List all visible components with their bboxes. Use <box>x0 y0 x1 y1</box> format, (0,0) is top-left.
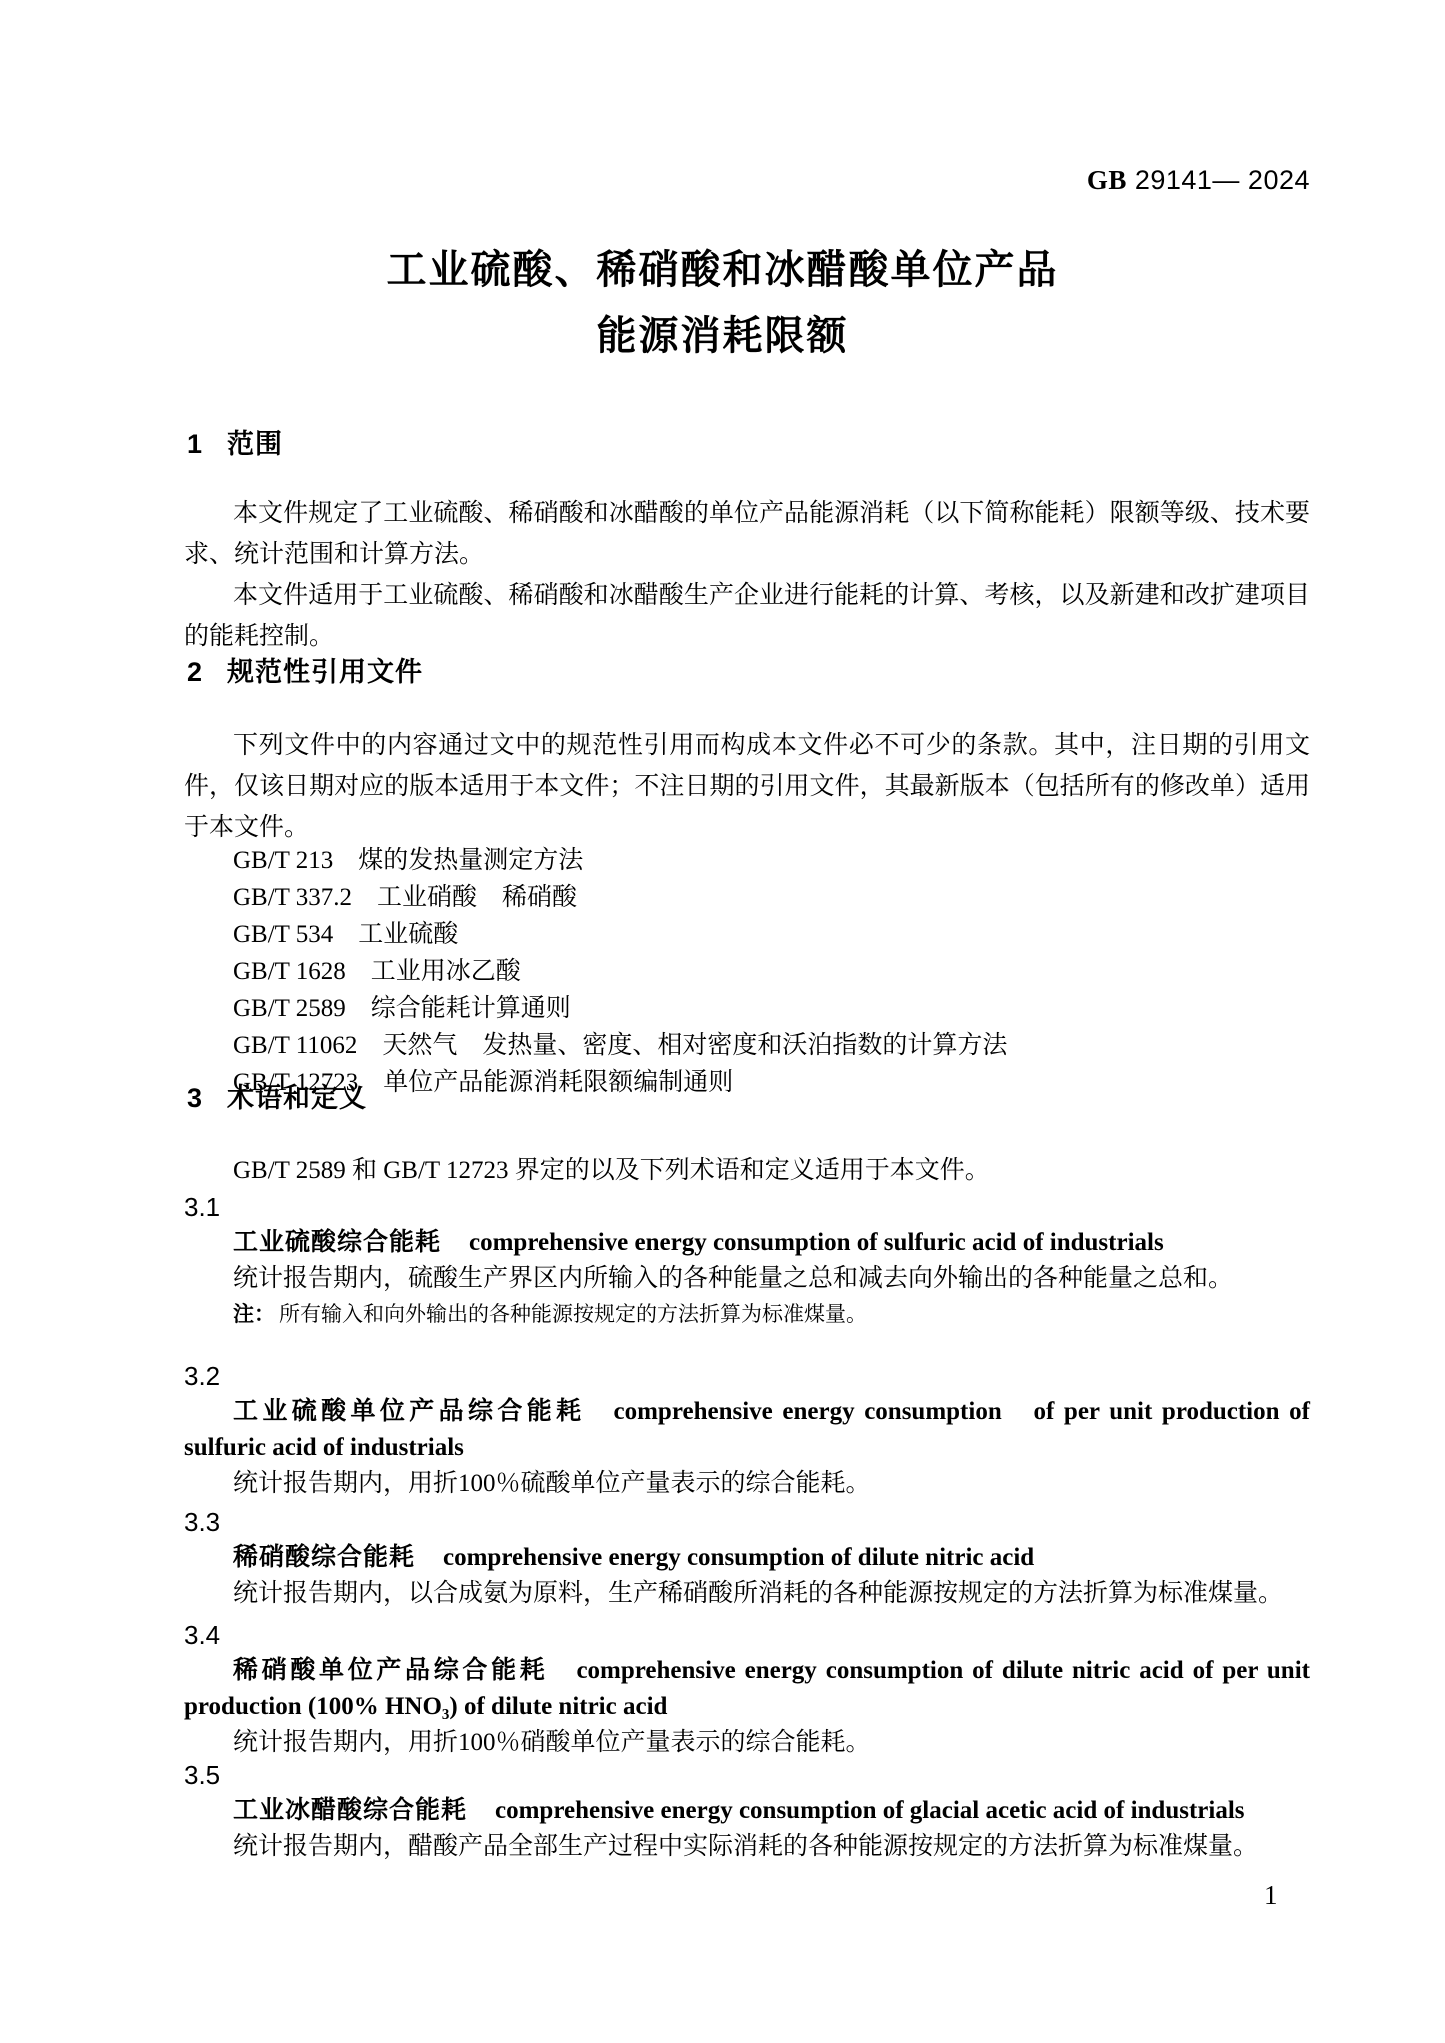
term-en: comprehensive energy consumption of glac… <box>495 1797 1245 1824</box>
term-number: 3.3 <box>184 1505 1310 1539</box>
reference-item: GB/T 1628 工业用冰乙酸 <box>233 953 1310 990</box>
term-heading: 工业硫酸单位产品综合能耗comprehensive energy consump… <box>184 1393 1310 1466</box>
reference-item: GB/T 11062 天然气 发热量、密度、相对密度和沃泊指数的计算方法 <box>233 1027 1310 1064</box>
term-definition: 统计报告期内，醋酸产品全部生产过程中实际消耗的各种能源按规定的方法折算为标准煤量… <box>184 1829 1310 1865</box>
section-3-number: 3 <box>187 1083 203 1113</box>
term-zh: 工业冰醋酸综合能耗 <box>233 1796 467 1824</box>
term-en: comprehensive energy consumption of dilu… <box>443 1544 1034 1571</box>
term-number: 3.1 <box>184 1190 1310 1224</box>
doc-code-number: 29141— 2024 <box>1135 165 1310 195</box>
term-definition: 统计报告期内，以合成氨为原料，生产稀硝酸所消耗的各种能源按规定的方法折算为标准煤… <box>184 1576 1310 1612</box>
page-number: 1 <box>1264 1880 1324 1910</box>
reference-item: GB/T 213 煤的发热量测定方法 <box>233 842 1310 879</box>
term-3-4: 3.4 稀硝酸单位产品综合能耗comprehensive energy cons… <box>184 1618 1310 1761</box>
term-definition: 统计报告期内，用折100％硫酸单位产量表示的综合能耗。 <box>184 1466 1310 1502</box>
term-zh: 工业硫酸单位产品综合能耗 <box>233 1397 586 1425</box>
reference-item: GB/T 534 工业硫酸 <box>233 916 1310 953</box>
document-title-line2: 能源消耗限额 <box>0 303 1445 369</box>
term-3-3: 3.3 稀硝酸综合能耗comprehensive energy consumpt… <box>184 1505 1310 1612</box>
section-2-title: 规范性引用文件 <box>227 657 423 687</box>
term-heading: 工业冰醋酸综合能耗comprehensive energy consumptio… <box>184 1792 1310 1829</box>
document-page: GB29141— 2024 工业硫酸、稀硝酸和冰醋酸单位产品 能源消耗限额 1范… <box>0 0 1445 2043</box>
section-3-heading: 3术语和定义 <box>187 1080 1310 1116</box>
term-heading: 工业硫酸综合能耗comprehensive energy consumption… <box>184 1224 1310 1261</box>
doc-code: GB29141— 2024 <box>184 165 1310 195</box>
scope-paragraph-2: 本文件适用于工业硫酸、稀硝酸和冰醋酸生产企业进行能耗的计算、考核，以及新建和改扩… <box>184 575 1310 657</box>
section-1-number: 1 <box>187 429 203 459</box>
section-3-title: 术语和定义 <box>227 1083 367 1113</box>
document-title: 工业硫酸、稀硝酸和冰醋酸单位产品 能源消耗限额 <box>0 237 1445 369</box>
section-2-number: 2 <box>187 657 203 687</box>
section-2-heading: 2规范性引用文件 <box>187 654 1310 690</box>
term-number: 3.4 <box>184 1618 1310 1652</box>
section-1-heading: 1范围 <box>187 426 1310 462</box>
terms-intro-paragraph: GB/T 2589 和 GB/T 12723 界定的以及下列术语和定义适用于本文… <box>184 1152 1310 1189</box>
term-heading: 稀硝酸综合能耗comprehensive energy consumption … <box>184 1539 1310 1576</box>
term-3-1: 3.1 工业硫酸综合能耗comprehensive energy consump… <box>184 1190 1310 1332</box>
term-3-5: 3.5 工业冰醋酸综合能耗comprehensive energy consum… <box>184 1758 1310 1865</box>
references-intro-paragraph: 下列文件中的内容通过文中的规范性引用而构成本文件必不可少的条款。其中，注日期的引… <box>184 725 1310 848</box>
note-label: 注： <box>233 1303 275 1326</box>
term-zh: 稀硝酸单位产品综合能耗 <box>233 1656 548 1684</box>
term-definition: 统计报告期内，硫酸生产界区内所输入的各种能量之总和减去向外输出的各种能量之总和。 <box>184 1261 1310 1297</box>
reference-item: GB/T 2589 综合能耗计算通则 <box>233 990 1310 1027</box>
normative-references-list: GB/T 213 煤的发热量测定方法 GB/T 337.2 工业硝酸 稀硝酸 G… <box>184 842 1310 1101</box>
term-zh: 稀硝酸综合能耗 <box>233 1543 415 1571</box>
term-en: comprehensive energy consumption of sulf… <box>469 1229 1164 1256</box>
note-text: 所有输入和向外输出的各种能源按规定的方法折算为标准煤量。 <box>279 1302 867 1326</box>
document-title-line1: 工业硫酸、稀硝酸和冰醋酸单位产品 <box>0 237 1445 303</box>
term-definition: 统计报告期内，用折100％硝酸单位产量表示的综合能耗。 <box>184 1725 1310 1761</box>
doc-code-prefix: GB <box>1087 165 1127 195</box>
term-note: 注：所有输入和向外输出的各种能源按规定的方法折算为标准煤量。 <box>184 1297 1310 1332</box>
term-number: 3.2 <box>184 1359 1310 1393</box>
term-heading: 稀硝酸单位产品综合能耗comprehensive energy consumpt… <box>184 1652 1310 1725</box>
term-number: 3.5 <box>184 1758 1310 1792</box>
section-1-title: 范围 <box>227 429 283 459</box>
term-3-2: 3.2 工业硫酸单位产品综合能耗comprehensive energy con… <box>184 1359 1310 1502</box>
term-zh: 工业硫酸综合能耗 <box>233 1228 441 1256</box>
scope-paragraph-1: 本文件规定了工业硫酸、稀硝酸和冰醋酸的单位产品能源消耗（以下简称能耗）限额等级、… <box>184 493 1310 575</box>
reference-item: GB/T 337.2 工业硝酸 稀硝酸 <box>233 879 1310 916</box>
